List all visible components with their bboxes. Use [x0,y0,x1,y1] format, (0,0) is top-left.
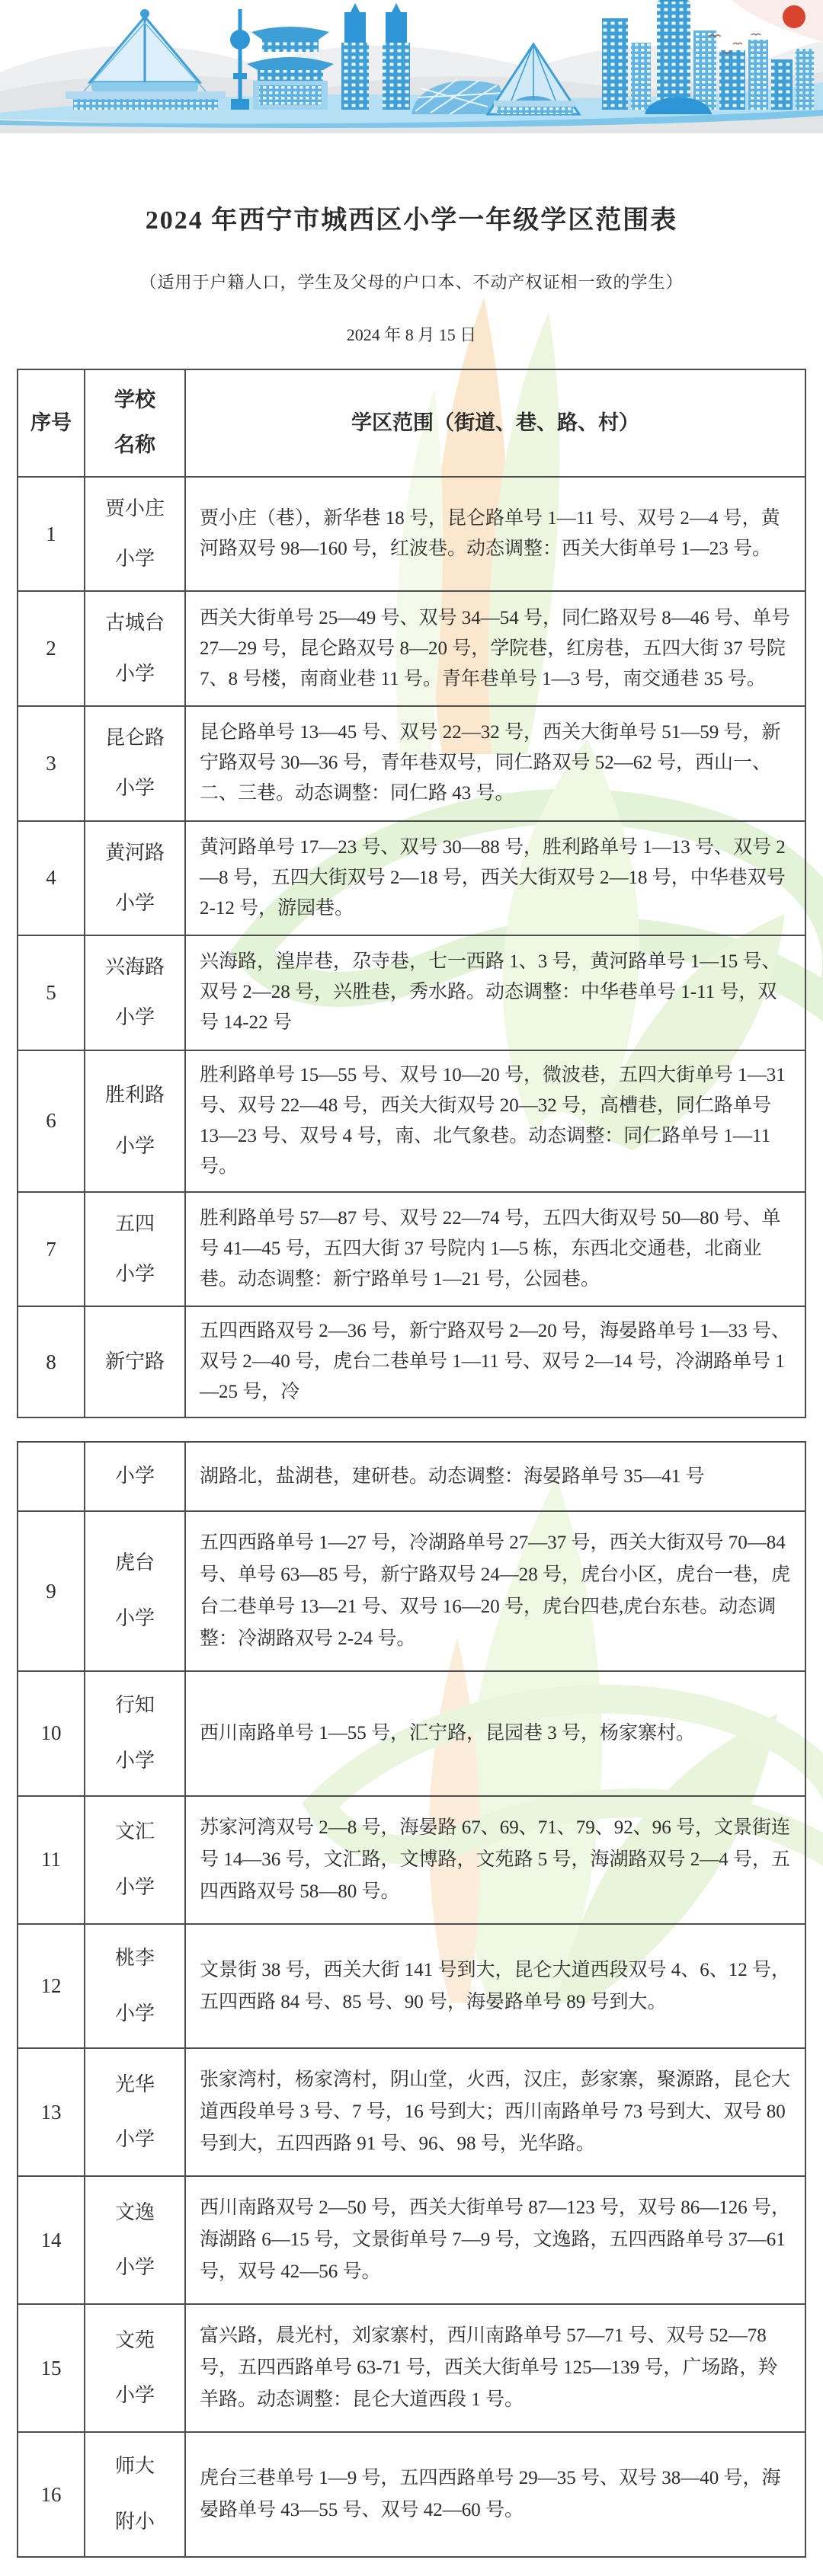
row-number: 10 [18,1671,85,1796]
row-number: 12 [18,1924,85,2049]
row-number: 16 [18,2432,85,2557]
school-name: 光华 小学 [85,2048,185,2176]
district-range: 富兴路，晨光村，刘家寨村，西川南路单号 57—71 号、双号 52—78 号，五… [185,2304,805,2432]
table-row: 7 五四 小学 胜利路单号 57—87 号、双号 22—74 号，五四大街双号 … [18,1192,805,1307]
district-range: 黄河路单号 17—23 号、双号 30—88 号，胜利路单号 1—13 号、双号… [185,821,805,936]
district-range: 胜利路单号 57—87 号、双号 22—74 号，五四大街双号 50—80 号、… [185,1192,805,1307]
table-row: 10 行知 小学 西川南路单号 1—55 号，汇宁路，昆园巷 3 号，杨家寨村。 [18,1671,805,1796]
school-name: 古城台 小学 [85,591,185,706]
district-range: 五四西路单号 1—27 号，冷湖路单号 27—37 号，西关大街双号 70—84… [185,1511,805,1671]
district-range: 昆仑路单号 13—45 号、双号 22—32 号，西关大街单号 51—59 号，… [185,706,805,821]
row-number: 14 [18,2176,85,2304]
district-range: 湖路北，盐湖巷，建研巷。动态调整：海晏路单号 35—41 号 [185,1442,805,1511]
district-range: 五四西路双号 2—36 号，新宁路双号 2—20 号，海晏路单号 1—33 号、… [185,1306,805,1417]
district-range: 西川南路单号 1—55 号，汇宁路，昆园巷 3 号，杨家寨村。 [185,1671,805,1796]
school-name: 师大 附小 [85,2432,185,2557]
page-subtitle: （适用于户籍人口，学生及父母的户口本、不动产权证相一致的学生） [30,270,793,293]
page-title: 2024 年西宁市城西区小学一年级学区范围表 [30,199,793,236]
district-range: 虎台三巷单号 1—9 号，五四西路单号 29—35 号、双号 38—40 号，海… [185,2432,805,2557]
school-name: 文苑 小学 [85,2304,185,2432]
row-number: 4 [18,821,85,936]
district-range: 胜利路单号 15—55 号、双号 10—20 号，微波巷，五四大街单号 1—31… [185,1050,805,1192]
sky-wash [732,0,823,42]
school-name: 兴海路 小学 [85,935,185,1050]
table-gap [0,1418,823,1441]
district-range: 文景街 38 号，西关大街 141 号到大，昆仑大道西段双号 4、6、12 号，… [185,1924,805,2049]
school-name: 黄河路 小学 [85,821,185,936]
table-row: 1 贾小庄 小学 贾小庄（巷），新华巷 18 号，昆仑路单号 1—11 号、双号… [18,477,805,592]
row-number: 1 [18,477,85,592]
district-range: 贾小庄（巷），新华巷 18 号，昆仑路单号 1—11 号、双号 2—4 号，黄河… [185,477,805,592]
table-row: 14 文逸 小学 西川南路双号 2—50 号，西关大街单号 87—123 号，双… [18,2176,805,2304]
table-row: 11 文汇 小学 苏家河湾双号 2—8 号，海晏路 67、69、71、79、92… [18,1796,805,1924]
row-number: 7 [18,1192,85,1307]
district-range: 张家湾村，杨家湾村，阴山堂，火西，汉庄，彭家寨，聚源路，昆仑大道西段单号 3 号… [185,2048,805,2176]
school-name: 文汇 小学 [85,1796,185,1924]
school-name: 五四 小学 [85,1192,185,1307]
school-name: 昆仑路 小学 [85,706,185,821]
gate-tower [247,27,334,110]
table-row: 6 胜利路 小学 胜利路单号 15—55 号、双号 10—20 号，微波巷，五四… [18,1050,805,1192]
row-number [18,1442,85,1511]
district-range: 兴海路，湟岸巷，尕寺巷，七一西路 1、3 号，黄河路单号 1—15 号、双号 2… [185,935,805,1050]
row-number: 8 [18,1306,85,1417]
table-row: 2 古城台 小学 西关大街单号 25—49 号、双号 34—54 号，同仁路双号… [18,591,805,706]
school-name: 虎台 小学 [85,1511,185,1671]
table-row: 16 师大 附小 虎台三巷单号 1—9 号，五四西路单号 29—35 号、双号 … [18,2432,805,2557]
row-number: 5 [18,935,85,1050]
col-header-range: 学区范围（街道、巷、路、村） [185,369,805,477]
city-skyline-banner [0,0,823,133]
page-date: 2024 年 8 月 15 日 [0,322,823,346]
page: 2024 年西宁市城西区小学一年级学区范围表 （适用于户籍人口，学生及父母的户口… [0,0,823,2576]
district-range: 西川南路双号 2—50 号，西关大街单号 87—123 号，双号 86—126 … [185,2176,805,2304]
table-row: 5 兴海路 小学 兴海路，湟岸巷，尕寺巷，七一西路 1、3 号，黄河路单号 1—… [18,935,805,1050]
district-table-1: 序号 学校 名称 学区范围（街道、巷、路、村） 1 贾小庄 小学 贾小庄（巷），… [17,369,806,1418]
col-header-school: 学校 名称 [85,369,185,477]
district-range: 苏家河湾双号 2—8 号，海晏路 67、69、71、79、92、96 号，文景街… [185,1796,805,1924]
table-row: 12 桃李 小学 文景街 38 号，西关大街 141 号到大，昆仑大道西段双号 … [18,1924,805,2049]
school-name: 行知 小学 [85,1671,185,1796]
school-name: 桃李 小学 [85,1924,185,2049]
table-row: 8 新宁路 五四西路双号 2—36 号，新宁路双号 2—20 号，海晏路单号 1… [18,1306,805,1417]
table-row: 9 虎台 小学 五四西路单号 1—27 号，冷湖路单号 27—37 号，西关大街… [18,1511,805,1671]
row-number: 13 [18,2048,85,2176]
school-name: 胜利路 小学 [85,1050,185,1192]
table-row: 4 黄河路 小学 黄河路单号 17—23 号、双号 30—88 号，胜利路单号 … [18,821,805,936]
row-number: 6 [18,1050,85,1192]
sun-icon [783,5,805,28]
row-number: 9 [18,1511,85,1671]
table-row: 15 文苑 小学 富兴路，晨光村，刘家寨村，西川南路单号 57—71 号、双号 … [18,2304,805,2432]
school-name: 贾小庄 小学 [85,477,185,592]
row-number: 15 [18,2304,85,2432]
district-range: 西关大街单号 25—49 号、双号 34—54 号，同仁路双号 8—46 号、单… [185,591,805,706]
school-name: 文逸 小学 [85,2176,185,2304]
table-header-row: 序号 学校 名称 学区范围（街道、巷、路、村） [18,369,805,477]
table-row: 3 昆仑路 小学 昆仑路单号 13—45 号、双号 22—32 号，西关大街单号… [18,706,805,821]
table-row: 13 光华 小学 张家湾村，杨家湾村，阴山堂，火西，汉庄，彭家寨，聚源路，昆仑大… [18,2048,805,2176]
school-name: 小学 [85,1442,185,1511]
district-table-2: 小学 湖路北，盐湖巷，建研巷。动态调整：海晏路单号 35—41 号 9 虎台 小… [17,1441,806,2558]
row-number: 11 [18,1796,85,1924]
school-name: 新宁路 [85,1306,185,1417]
row-number: 2 [18,591,85,706]
row-number: 3 [18,706,85,821]
table-row: 小学 湖路北，盐湖巷，建研巷。动态调整：海晏路单号 35—41 号 [18,1442,805,1511]
col-header-no: 序号 [18,369,85,477]
